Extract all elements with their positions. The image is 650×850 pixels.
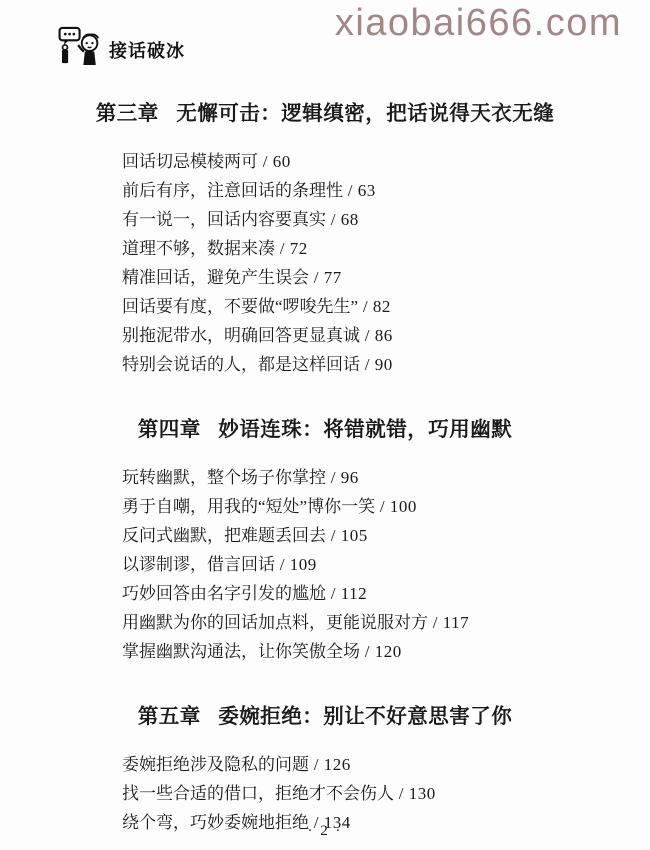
brand-title: 接话破冰	[109, 29, 185, 63]
page-header: 接话破冰 xiaobai666.com	[0, 0, 650, 72]
toc-entry-label: 回话要有度，不要做“啰唆先生”	[122, 297, 358, 316]
toc-entry: 巧妙回答由名字引发的尴尬 / 112	[122, 579, 590, 608]
toc-entry-page: / 126	[309, 755, 351, 774]
chapter-label: 第五章	[138, 706, 201, 728]
toc-entry: 委婉拒绝涉及隐私的问题 / 126	[122, 750, 590, 779]
toc-entry-page: / 63	[343, 181, 376, 200]
watermark-url: xiaobai666.com	[335, 2, 622, 45]
toc-entry-label: 有一说一，回话内容要真实	[122, 210, 326, 229]
toc-entry-page: / 77	[309, 268, 342, 287]
toc-entry-label: 委婉拒绝涉及隐私的问题	[122, 755, 309, 774]
toc-entry: 别拖泥带水，明确回答更显真诚 / 86	[122, 321, 590, 350]
toc-entry-page: / 120	[360, 642, 402, 661]
toc-entry-page: / 105	[326, 526, 368, 545]
toc-entry-label: 别拖泥带水，明确回答更显真诚	[122, 326, 360, 345]
toc-entry-page: / 112	[326, 584, 367, 603]
toc-entry: 回话要有度，不要做“啰唆先生” / 82	[122, 292, 590, 321]
toc-entry-page: / 60	[258, 152, 291, 171]
toc-entry-label: 精准回话，避免产生误会	[122, 268, 309, 287]
toc-entry: 找一些合适的借口，拒绝才不会伤人 / 130	[122, 779, 590, 808]
toc-entry-page: / 82	[358, 297, 391, 316]
chapter-label: 第四章	[138, 419, 201, 441]
toc-entry: 有一说一，回话内容要真实 / 68	[122, 205, 590, 234]
chapter-heading: 第五章委婉拒绝：别让不好意思害了你	[60, 699, 590, 729]
chapter-title-text: 委婉拒绝：别让不好意思害了你	[218, 706, 512, 728]
toc-entry-page: / 130	[394, 784, 436, 803]
toc-entry-label: 找一些合适的借口，拒绝才不会伤人	[122, 784, 394, 803]
table-of-contents: 第三章无懈可击：逻辑缜密，把话说得天衣无缝回话切忌模棱两可 / 60前后有序，注…	[0, 96, 650, 837]
toc-entry: 以谬制谬，借言回话 / 109	[122, 550, 590, 579]
page-number: · 2 ·	[308, 823, 343, 839]
toc-entry-label: 巧妙回答由名字引发的尴尬	[122, 584, 326, 603]
toc-entry: 回话切忌模棱两可 / 60	[122, 147, 590, 176]
toc-entry-page: / 100	[375, 497, 417, 516]
toc-entry: 精准回话，避免产生误会 / 77	[122, 263, 590, 292]
toc-entry-label: 玩转幽默，整个场子你掌控	[122, 468, 326, 487]
toc-entry-page: / 68	[326, 210, 359, 229]
toc-entry: 前后有序，注意回话的条理性 / 63	[122, 176, 590, 205]
chapter-label: 第三章	[96, 103, 159, 125]
toc-entry: 反问式幽默，把难题丢回去 / 105	[122, 521, 590, 550]
toc-entry-label: 勇于自嘲，用我的“短处”博你一笑	[122, 497, 375, 516]
toc-entry-label: 特别会说话的人，都是这样回话	[122, 355, 360, 374]
toc-entry-label: 道理不够，数据来凑	[122, 239, 275, 258]
toc-entry-page: / 86	[360, 326, 393, 345]
toc-entry: 玩转幽默，整个场子你掌控 / 96	[122, 463, 590, 492]
toc-entry: 特别会说话的人，都是这样回话 / 90	[122, 350, 590, 379]
toc-entry-label: 前后有序，注意回话的条理性	[122, 181, 343, 200]
toc-entry-page: / 96	[326, 468, 359, 487]
page-footer: · 2 ·	[0, 823, 650, 840]
toc-entry: 用幽默为你的回话加点料，更能说服对方 / 117	[122, 608, 590, 637]
toc-entry-label: 掌握幽默沟通法，让你笑傲全场	[122, 642, 360, 661]
toc-entry-label: 反问式幽默，把难题丢回去	[122, 526, 326, 545]
toc-entry: 掌握幽默沟通法，让你笑傲全场 / 120	[122, 637, 590, 666]
chapter-title-text: 妙语连珠：将错就错，巧用幽默	[218, 419, 512, 441]
toc-entry-page: / 117	[428, 613, 469, 632]
toc-entry-label: 用幽默为你的回话加点料，更能说服对方	[122, 613, 428, 632]
chapter-title-text: 无懈可击：逻辑缜密，把话说得天衣无缝	[176, 103, 554, 125]
toc-entry-page: / 72	[275, 239, 308, 258]
chapter-heading: 第三章无懈可击：逻辑缜密，把话说得天衣无缝	[60, 96, 590, 126]
toc-entry-page: / 109	[275, 555, 317, 574]
toc-entry-page: / 90	[360, 355, 393, 374]
brand: 接话破冰	[58, 26, 185, 66]
toc-entry-label: 回话切忌模棱两可	[122, 152, 258, 171]
book-page: 接话破冰 xiaobai666.com 第三章无懈可击：逻辑缜密，把话说得天衣无…	[0, 0, 650, 850]
toc-entry-label: 以谬制谬，借言回话	[122, 555, 275, 574]
toc-entry: 道理不够，数据来凑 / 72	[122, 234, 590, 263]
toc-entry: 勇于自嘲，用我的“短处”博你一笑 / 100	[122, 492, 590, 521]
speech-bubble-person-icon	[58, 26, 104, 66]
chapter-heading: 第四章妙语连珠：将错就错，巧用幽默	[60, 412, 590, 442]
